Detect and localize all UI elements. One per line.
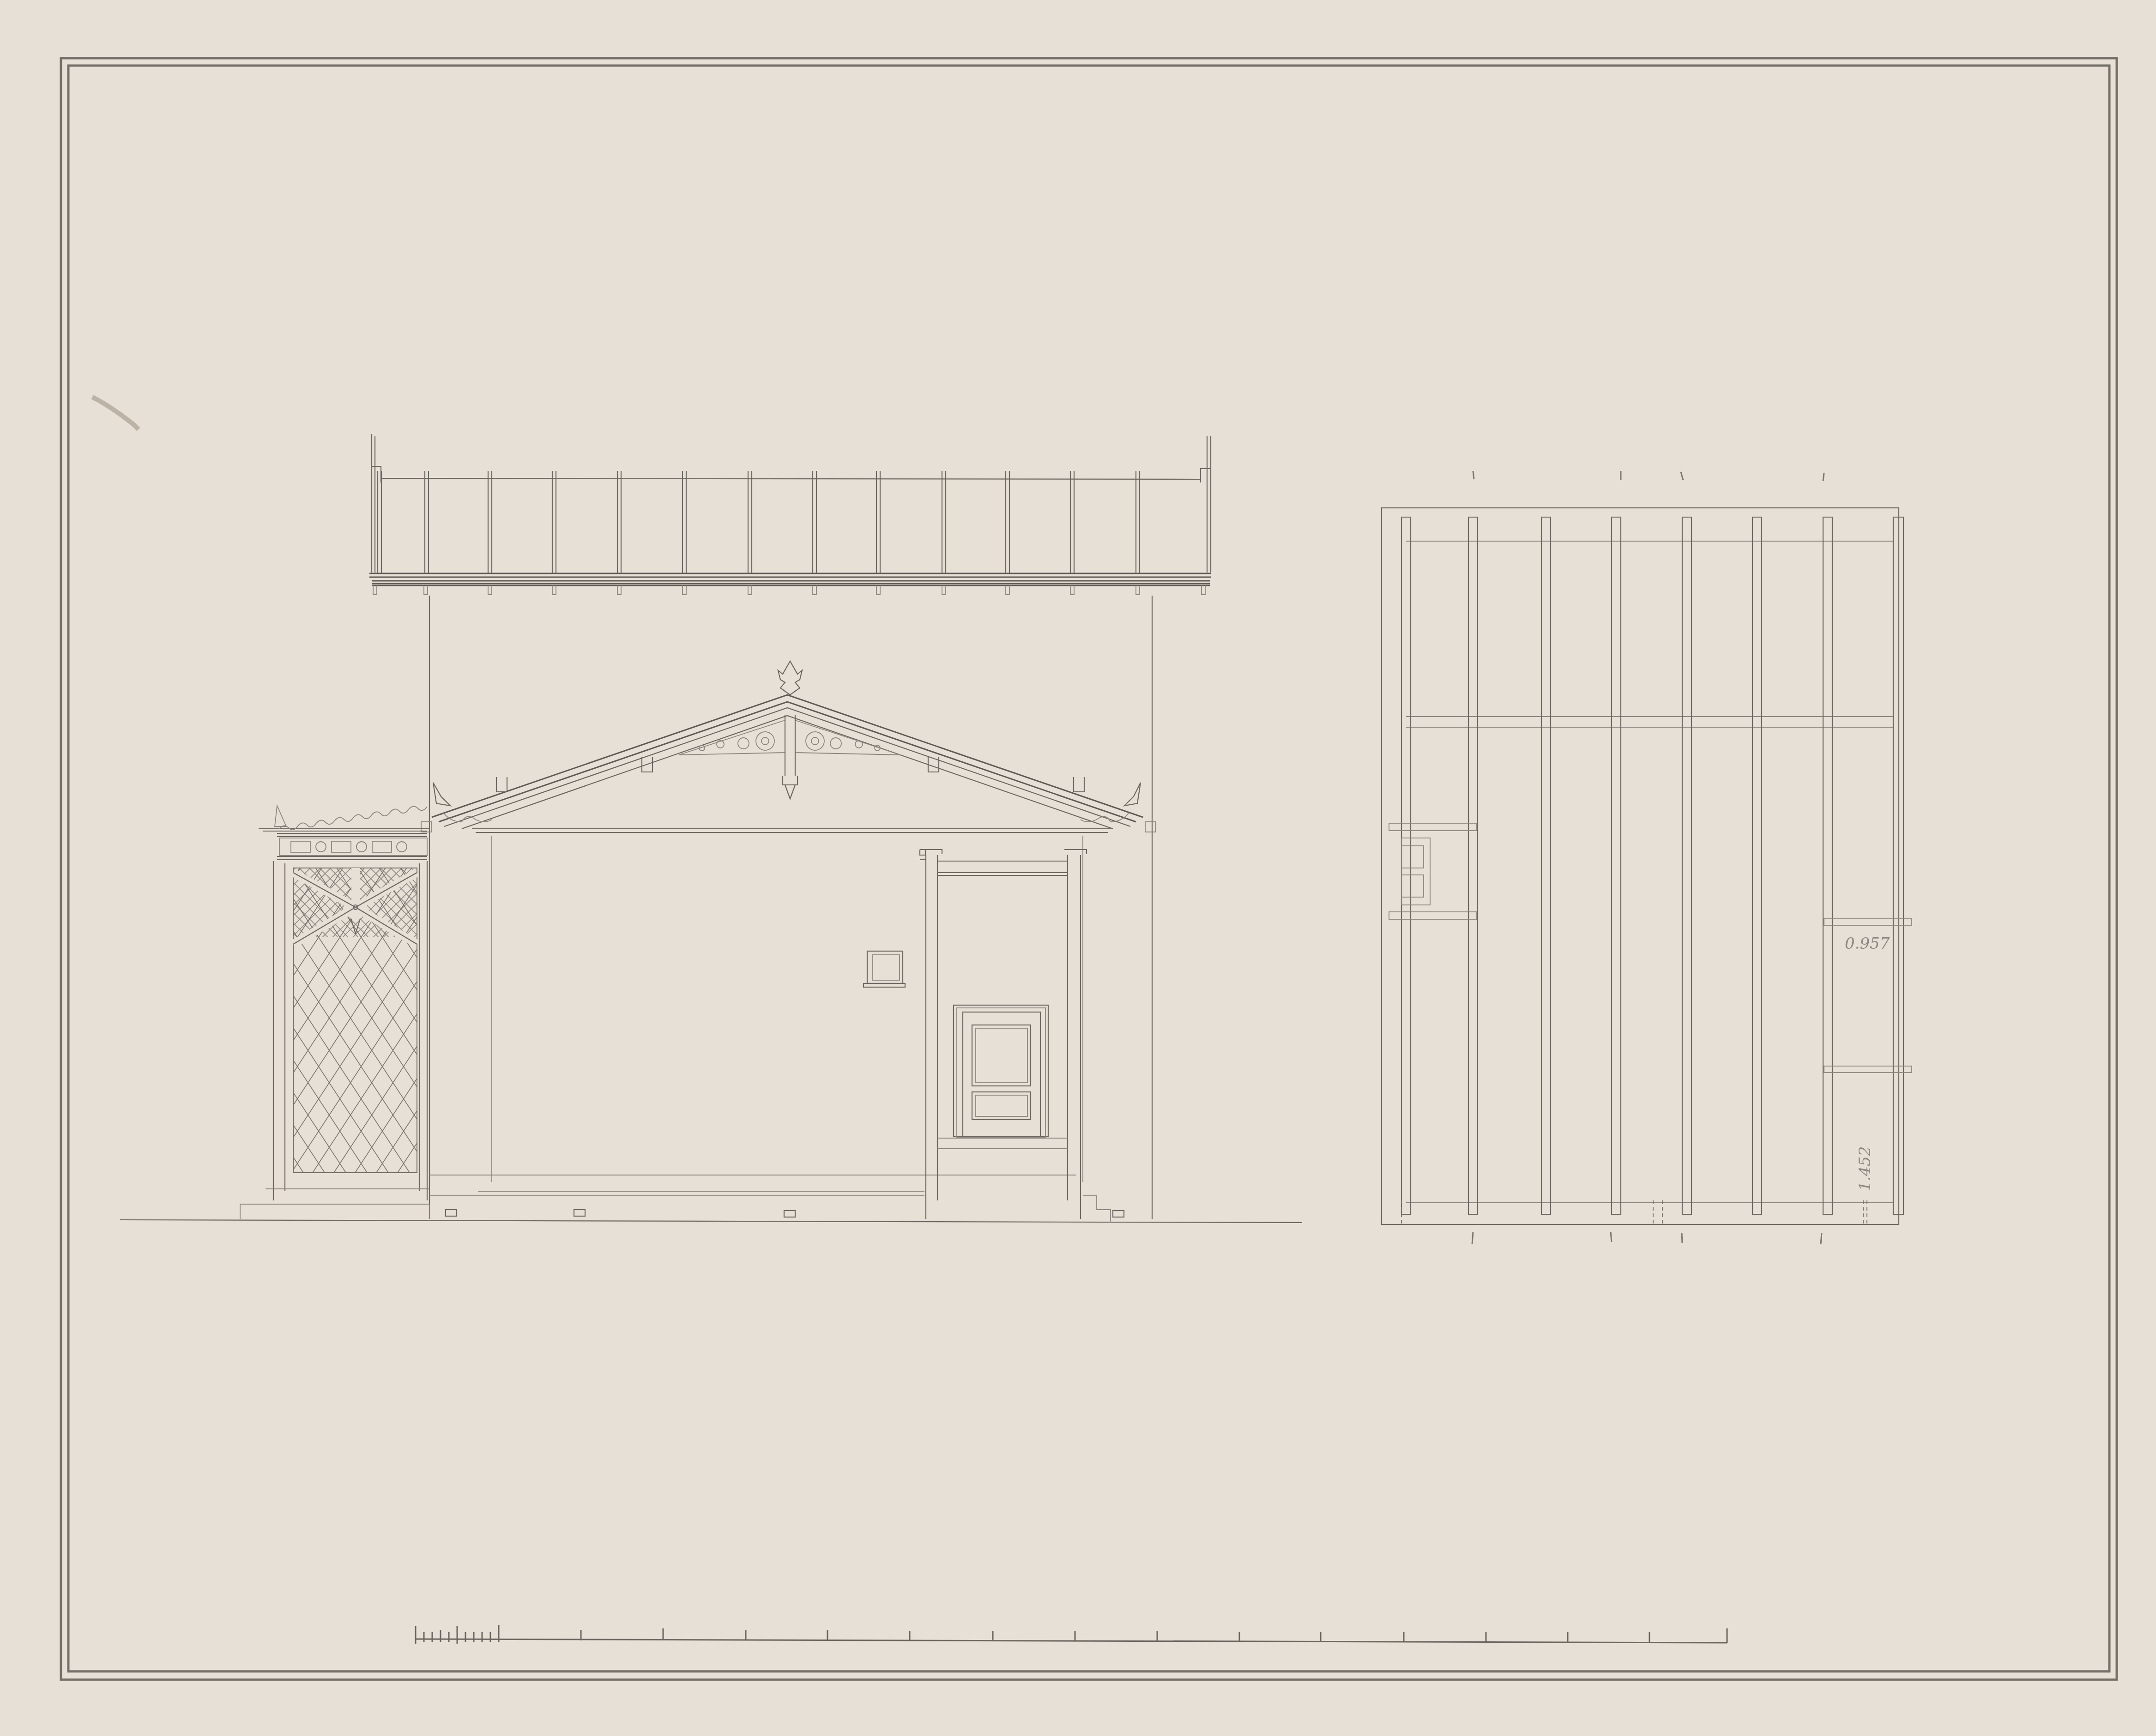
plan-joists [1401, 517, 1903, 1214]
front-elevation [120, 596, 1302, 1223]
small-window [864, 951, 905, 987]
door [937, 1005, 1068, 1175]
floor-plan: 0.957 1.452 [1382, 471, 1912, 1244]
ink-smudge [92, 397, 139, 429]
dimension-annotation-1: 0.957 [1845, 934, 1890, 953]
drawing-sheet: Architectural elevation and plan of a sm… [0, 0, 2156, 1736]
architectural-drawing: 0.957 1.452 [0, 0, 2156, 1736]
entrance-portico [864, 850, 1111, 1223]
plan-window-detail [1389, 823, 1477, 919]
ground-line [120, 1220, 1302, 1223]
foundation-vents [446, 1210, 1124, 1217]
dimension-annotation-2: 1.452 [1856, 1146, 1874, 1191]
roof-framing-elevation [369, 434, 1211, 595]
scale-bar [416, 1625, 1727, 1644]
finial-ornament [778, 661, 802, 695]
gable-pediment [432, 661, 1143, 832]
trellis-wing [240, 806, 429, 1219]
